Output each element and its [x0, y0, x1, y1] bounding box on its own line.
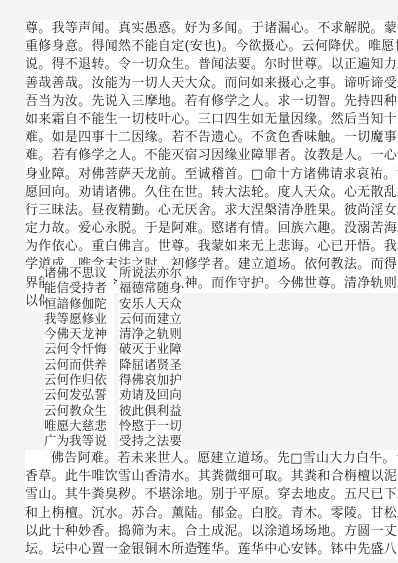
text-line: 尊。我等声闻。真实愚惑。好为多闻。于诸漏心。不求解脱。蒙佛慈诲。得正	[25, 20, 398, 38]
text-line: 身业障。对佛菩萨天龙前。至诚稽首。□命十方诸佛请求哀祐。谦敬仁恕。发	[25, 166, 398, 184]
verse-second-half: 降屈诸贤圣	[119, 357, 182, 372]
text-line: 吾当为汝。先说入三摩地。若有修学之人。求一切智。先持四种律仪皎明也。	[25, 93, 398, 111]
verse-second-half: 受持之法要	[119, 433, 182, 448]
verse-block: 诸佛不思议 所说法亦尔 能信受持者 福德常随身 恒諳修伽陀 安乐人天众 我等愿修…	[44, 265, 182, 449]
verse-first-half: 云何而供养	[44, 357, 114, 372]
text-line: 重修身意。得闻然不能自定(安也)。今欲摄心。云何降伏。唯愿世尊。为我广	[25, 38, 398, 56]
verse-row: 我等愿修业 云何而建立	[44, 311, 182, 326]
text-line: 以此十种妙香。捣筛为末。合土成泥。以涂道场场地。方圆一丈六尺。为八角	[25, 523, 398, 541]
verse-second-half: 怜愍于一切	[119, 418, 182, 433]
text-line: 佛告阿难。若未来世人。愿建立道场。先□雪山大力白牛。食其山中肥腻	[25, 450, 398, 468]
text-line: 香草。此牛唯饮雪山香清水。其粪微细可取。其粪和合栴檀以泥。其地若其非	[25, 468, 398, 486]
text-line: 为作依心。重白佛言。世尊。我蒙如来无上悲诲。心已开悟。我今日当修证无	[25, 238, 398, 256]
verse-second-half: 得佛哀加护	[119, 372, 182, 387]
page-number: - 2 -	[0, 541, 398, 551]
verse-second-half: 彼此俱利益	[119, 403, 182, 418]
verse-row: 云何而供养 降屈诸贤圣	[44, 357, 182, 372]
text-line: 难。若有修学之人。不能灭宿习因缘业障罪者。汝教是人。一心忏悔。除灭先	[25, 147, 398, 165]
verse-first-half: 我等愿修业	[44, 311, 114, 326]
text-line: 行三昧法。昼夜精勤。心无厌舍。求大涅槃清净胜果。彼尚淫女。无心修行以	[25, 202, 398, 220]
verse-first-half: 广为我等说	[44, 433, 114, 448]
document-page: 尊。我等声闻。真实愚惑。好为多闻。于诸漏心。不求解脱。蒙佛慈诲。得正 重修身意。…	[0, 0, 398, 563]
verse-row: 广为我等说 受持之法要	[44, 433, 182, 448]
verse-second-half: 劝请及回向	[119, 387, 182, 402]
verse-first-half: 云何令忏悔	[44, 341, 114, 356]
verse-row: 诸佛不思议 所说法亦尔	[44, 265, 182, 280]
verse-second-half: 福德常随身	[119, 280, 182, 295]
verse-first-half: 恒諳修伽陀	[44, 296, 114, 311]
text-line: 善哉善哉。汝能为一切人天大众。而问如来摄心之事。谛听谛受。善思惟之。	[25, 75, 398, 93]
verse-row: 云何令忏悔 破灭于业障	[44, 341, 182, 356]
verse-second-half: 破灭于业障	[119, 341, 182, 356]
text-line: 雪山。其牛粪臭秽。不堪涂地。别于平原。穿去地皮。五尺已下。取其黄土。	[25, 486, 398, 504]
verse-row: 云何教众生 彼此俱利益	[44, 403, 182, 418]
text-line: 如来霜自不能生一切枝叶心。三口四生如无量因缘。然后当知十二因缘法。阿	[25, 111, 398, 129]
verse-first-half: 诸佛不思议	[44, 265, 114, 280]
verse-second-half: 所说法亦尔	[119, 265, 182, 280]
text-line: 愿回向。劝请诸佛。久住在世。转大法轮。度人天众。心无散乱。一向专心。	[25, 184, 398, 202]
text-line: 难。如是四事十二因缘。若不告遗心。不贪色香味触。一切魔事云何发生。阿	[25, 129, 398, 147]
verse-row: 能信受持者 福德常随身	[44, 280, 182, 295]
verse-first-half: 云何发弘誓	[44, 387, 114, 402]
verse-row: 恒諳修伽陀 安乐人天众	[44, 296, 182, 311]
verse-second-half: 云何而建立	[119, 311, 182, 326]
verse-first-half: 云何作归依	[44, 372, 114, 387]
verse-second-half: 安乐人天众	[119, 296, 182, 311]
verse-first-half: 云何教众生	[44, 403, 114, 418]
text-line: 定力故。爱心永脱。于是阿难。愍诸有情。回族六趣。没溺苦海。无能觉者。	[25, 220, 398, 238]
verse-row: 唯愿大慈悲 怜愍于一切	[44, 418, 182, 433]
text-line: 说。得不退转。令一切众生。普闻法要。尔时世尊。以正遍知力。赞阿难言。	[25, 56, 398, 74]
verse-first-half: 今佛天龙神	[44, 326, 114, 341]
verse-first-half: 唯愿大慈悲	[44, 418, 114, 433]
verse-first-half: 能信受持者	[44, 280, 114, 295]
verse-row: 云何发弘誓 劝请及回向	[44, 387, 182, 402]
verse-row: 云何作归依 得佛哀加护	[44, 372, 182, 387]
verse-row: 今佛天龙神 清净之轨则	[44, 326, 182, 341]
text-line: 和上栴檀。沉水。苏合。薰陆。郁金。白胶。青木。零陵。甘松。及鸡舌香。	[25, 505, 398, 523]
verse-second-half: 清净之轨则	[119, 326, 182, 341]
